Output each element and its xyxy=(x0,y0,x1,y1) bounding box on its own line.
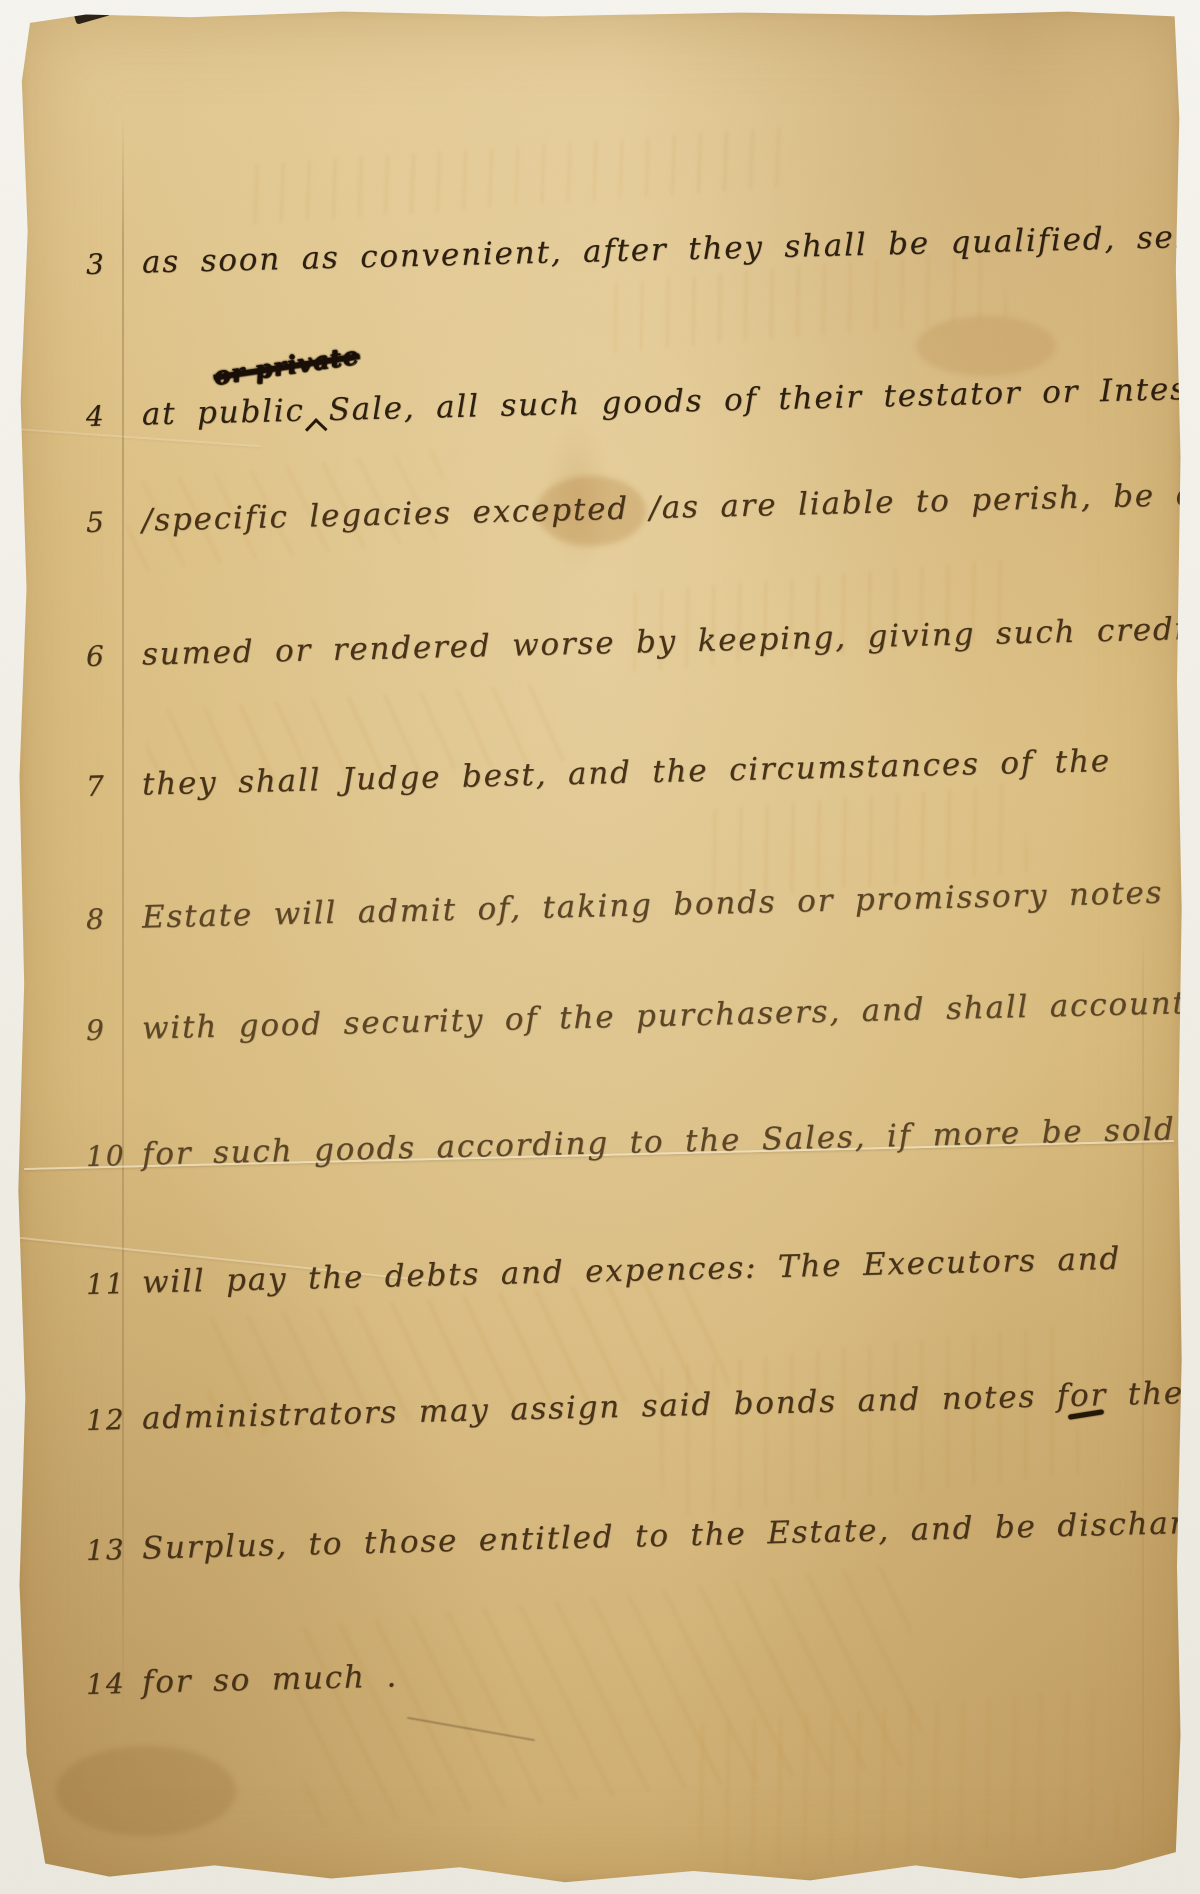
line-text: will pay the debts and expences: The Exe… xyxy=(142,1241,1122,1301)
line-number: 5 xyxy=(86,505,143,539)
line-text: administrators may assign said bonds and… xyxy=(142,1375,1185,1436)
line-number: 11 xyxy=(86,1267,143,1301)
stain xyxy=(56,1746,236,1836)
line-text: for so much . xyxy=(142,1658,399,1700)
manuscript-line: 8 Estate will admit of, taking bonds or … xyxy=(86,875,1164,937)
stray-pen-stroke xyxy=(407,1717,535,1742)
line-text: Surplus, to those entitled to the Estate… xyxy=(142,1504,1200,1567)
manuscript-line: 6 sumed or rendered worse by keeping, gi… xyxy=(86,609,1200,674)
line-text: as soon as convenient, after they shall … xyxy=(142,219,1199,281)
line-number: 13 xyxy=(86,1533,143,1567)
verso-showthrough xyxy=(245,127,788,225)
manuscript-line: 10 for such goods according to the Sales… xyxy=(86,1109,1200,1174)
line-number: 6 xyxy=(86,639,143,673)
caret-insertion-mark xyxy=(305,418,328,441)
manuscript-line: 4 at publicSale, all such goods of their… xyxy=(85,369,1200,443)
line-text: Estate will admit of, taking bonds or pr… xyxy=(142,875,1164,936)
line-number: 12 xyxy=(86,1403,143,1437)
line-number: 4 xyxy=(85,399,142,433)
manuscript-line: 14 for so much . xyxy=(86,1658,399,1702)
manuscript-line: 5 /specific legacies excepted /as are li… xyxy=(86,475,1200,540)
verso-showthrough xyxy=(287,1564,925,1828)
line-number: 14 xyxy=(86,1667,143,1701)
manuscript-line: 9 with good security of the purchasers, … xyxy=(86,985,1187,1048)
line-text: sumed or rendered worse by keeping, givi… xyxy=(142,609,1200,672)
manuscript-line: 11 will pay the debts and expences: The … xyxy=(86,1241,1122,1302)
line-number: 7 xyxy=(86,769,143,803)
manuscript-line: 12 administrators may assign said bonds … xyxy=(86,1375,1185,1438)
line-text-after-caret: Sale, all such goods of their testator o… xyxy=(328,369,1200,428)
line-text: /specific legacies excepted /as are liab… xyxy=(142,475,1200,538)
line-text: they shall Judge best, and the circumsta… xyxy=(142,743,1112,803)
manuscript-page: 3 as soon as convenient, after they shal… xyxy=(16,6,1184,1886)
line-text: at publicSale, all such goods of their t… xyxy=(141,369,1200,441)
verso-showthrough xyxy=(690,1688,1121,1874)
manuscript-line: 3 as soon as convenient, after they shal… xyxy=(86,219,1199,282)
line-number: 8 xyxy=(86,902,143,936)
manuscript-line: 13 Surplus, to those entitled to the Est… xyxy=(86,1504,1200,1568)
ink-blot xyxy=(73,0,112,24)
line-number: 9 xyxy=(86,1013,143,1047)
manuscript-line: 7 they shall Judge best, and the circums… xyxy=(86,743,1112,804)
line-text: for such goods according to the Sales, i… xyxy=(142,1109,1200,1173)
line-number: 10 xyxy=(86,1139,143,1173)
stain xyxy=(916,316,1056,376)
scan-background: 3 as soon as convenient, after they shal… xyxy=(0,0,1200,1894)
line-text-before-caret: at public xyxy=(141,393,305,433)
line-text: with good security of the purchasers, an… xyxy=(142,985,1187,1047)
line-number: 3 xyxy=(86,247,143,281)
struck-out-insertion: or private xyxy=(211,341,361,391)
